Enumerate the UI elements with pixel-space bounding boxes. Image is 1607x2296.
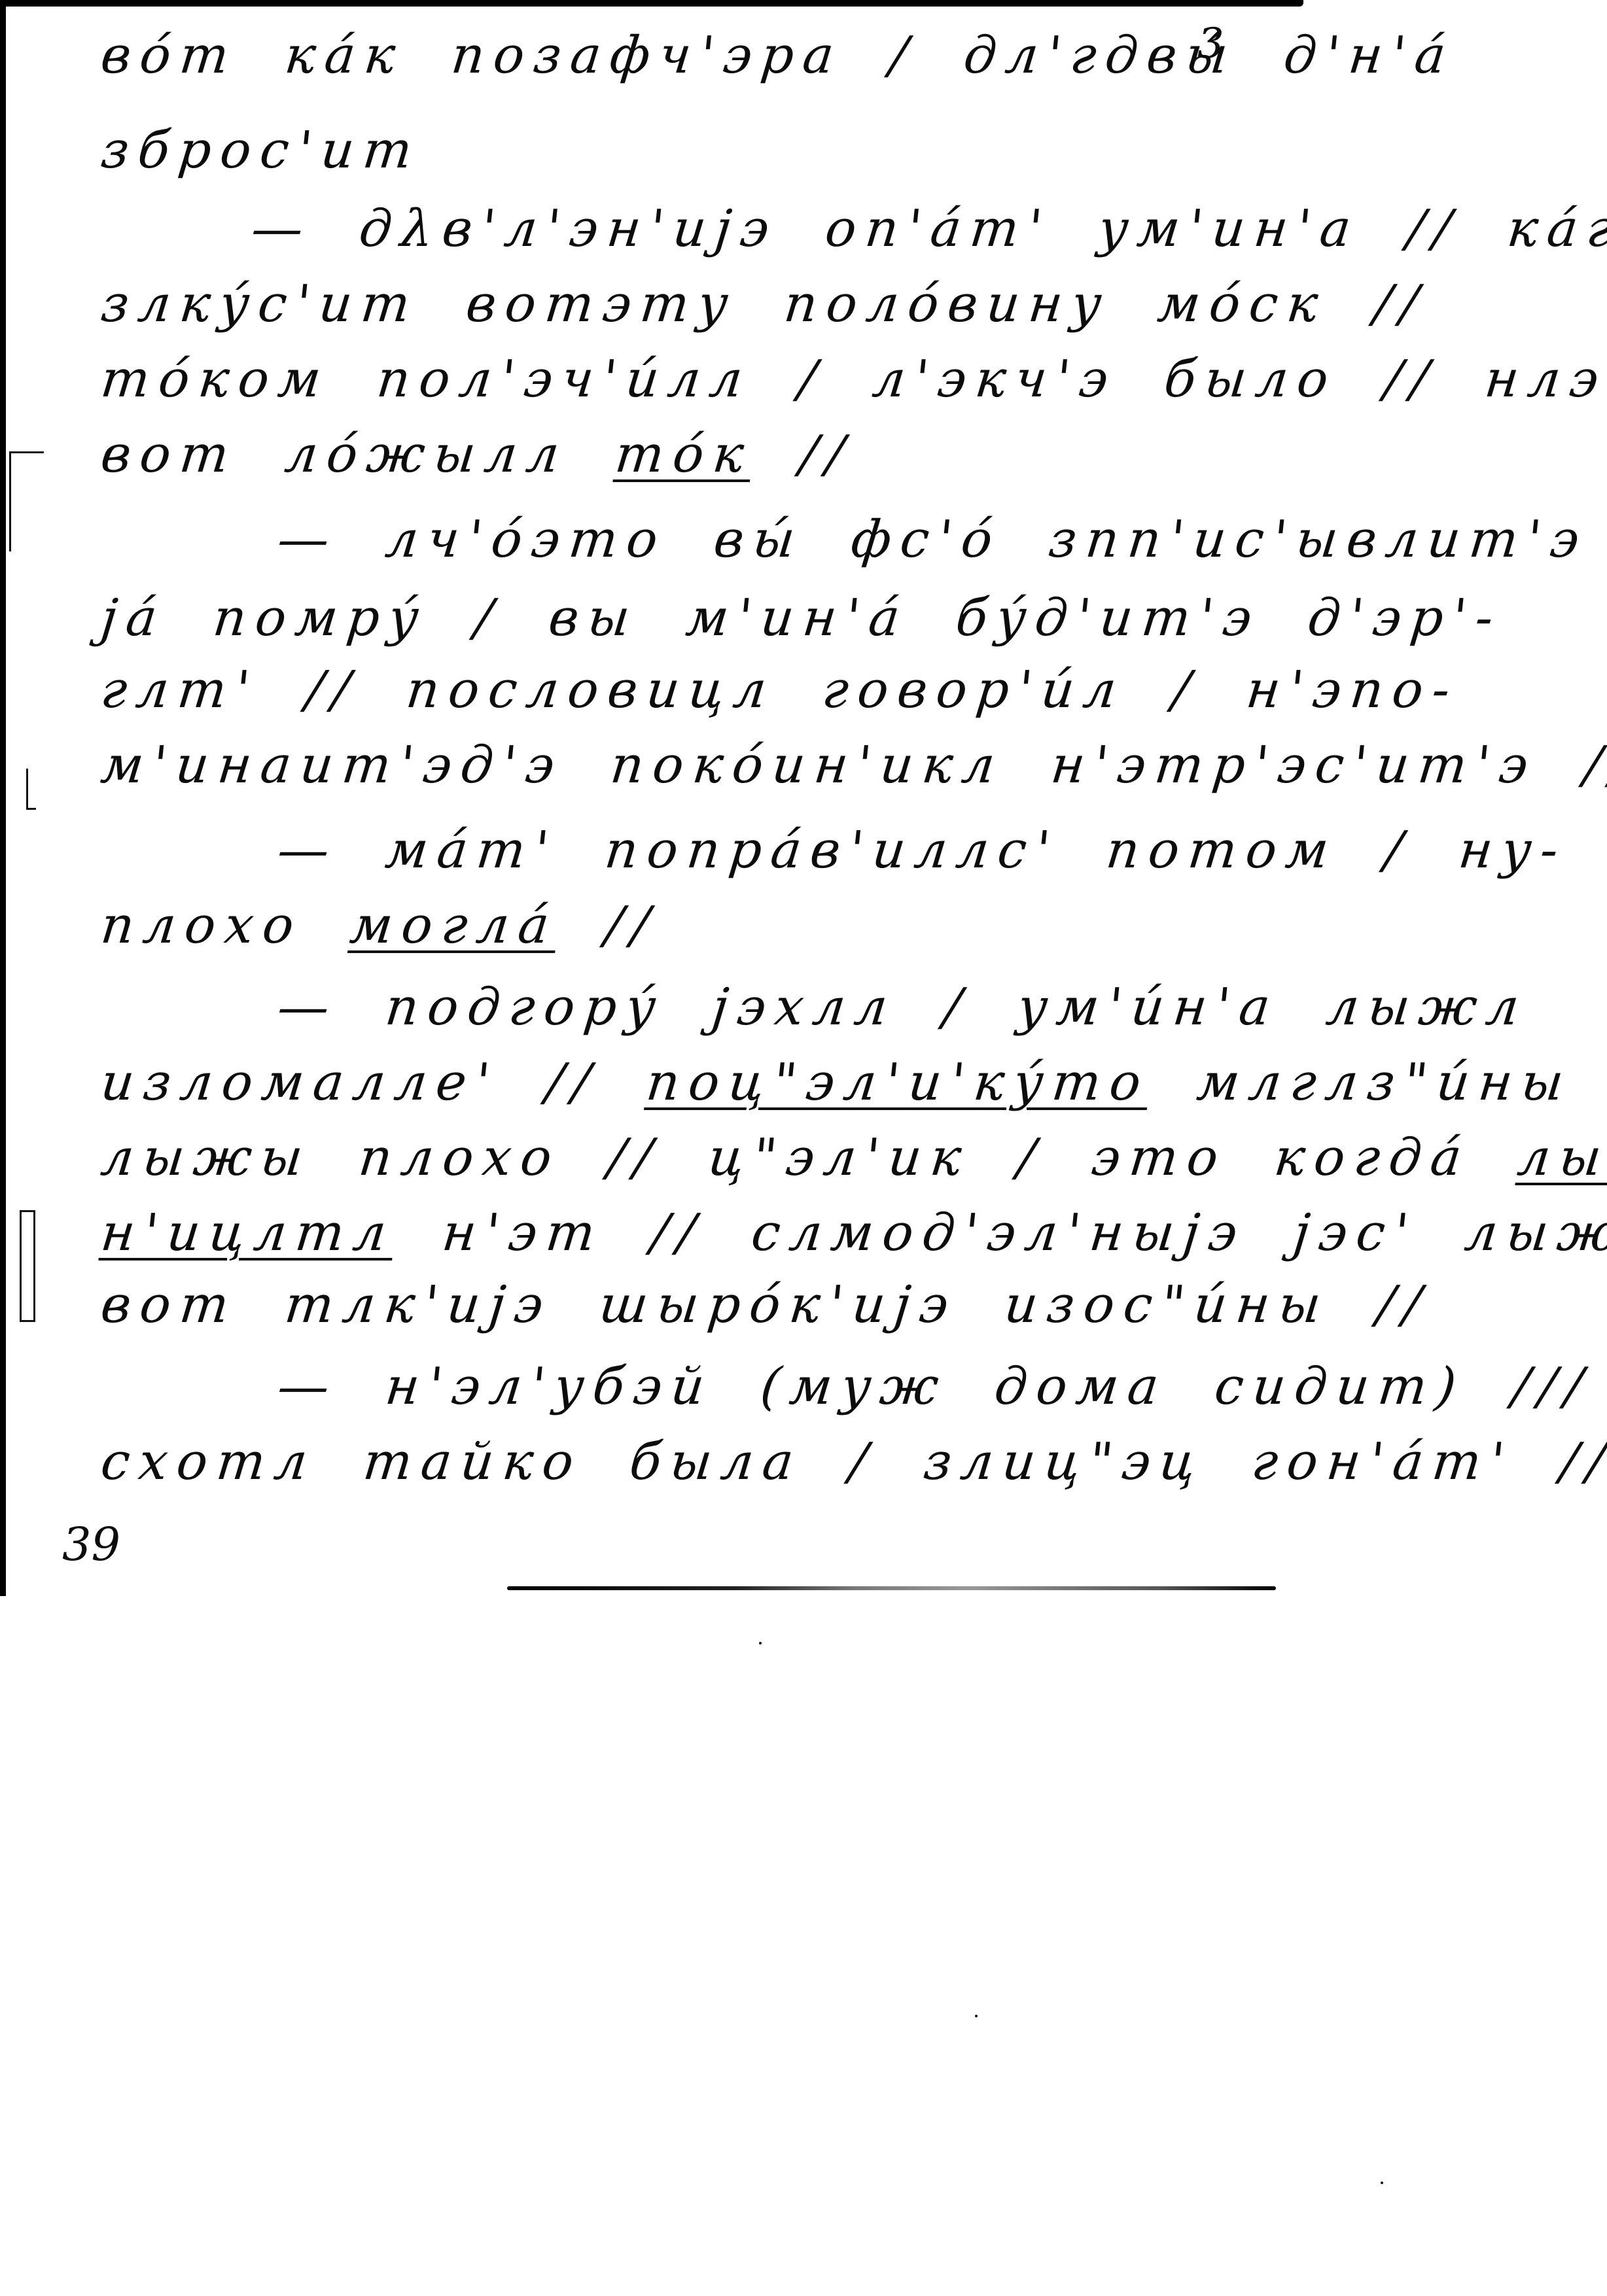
line-2: зброс'ит [98, 121, 424, 180]
line-3: — дλв'л'эн'ијэ оп'а́т' ум'ин'а // ка́г [249, 200, 1607, 258]
line-12-text: плохо [98, 896, 306, 955]
line-13: — подгору́ јэхлл / ум'и́н'а лыжл [275, 978, 1531, 1037]
line-11: — ма́т' попра́в'иллс' потом / ну- [275, 821, 1570, 880]
margin-bracket-mark [20, 1210, 35, 1322]
line-15: лыжы плохо // ц"эл'ик / это когда́ лыж- [98, 1128, 1607, 1187]
line-6-text: вот ло́жылл [98, 425, 571, 484]
footer-number: 39 [62, 1518, 120, 1571]
underlined-word: лыж- [1515, 1128, 1607, 1187]
line-14-text: изломалле' // [98, 1053, 602, 1112]
line-18: — н'эл'убэй (муж дома сидит) /// [275, 1357, 1595, 1416]
line-7: — лч'о́это вы́ фс'о́ зпп'ис'ывлит'э // [275, 510, 1607, 569]
scan-border-left [0, 0, 6, 1596]
line-12-tail: // [555, 896, 662, 955]
margin-bracket-mark [9, 451, 44, 551]
scan-speck [975, 2015, 978, 2017]
line-15-text: лыжы плохо // ц"эл'ик / это когда́ [98, 1128, 1474, 1187]
margin-bracket-mark [26, 769, 36, 810]
underlined-word: могла́ [347, 896, 561, 955]
line-17: вот тлк'ијэ шыро́к'ијэ изос"и́ны // [98, 1276, 1433, 1334]
line-14-tail: млглз"и́ны [1146, 1053, 1575, 1112]
scan-speck [759, 1642, 762, 1644]
line-4: злку́с'ит вотэту поло́вину мо́ск // [98, 275, 1430, 334]
line-12: плохо могла́ // [98, 896, 662, 955]
line-19: схотл тайко была / злиц"эц гон'а́т' // [98, 1433, 1607, 1491]
line-9: глт' // пословицл говор'и́л / н'эпо- [98, 661, 1462, 720]
line-10: м'инаит'эд'э поко́ин'икл н'этр'эс'ит'э /… [98, 736, 1607, 795]
line-8: ја́ помру́ / вы м'ин'а́ бу́д'ит'э д'эр'- [98, 589, 1505, 648]
line-16-tail: н'эт // слмод'эл'ныјэ јэс' лыжи / [392, 1204, 1607, 1262]
line-1: во́т ка́к позафч'эра / дл'гдвы́ д'н'а́ [98, 26, 1458, 85]
underlined-word: н'ицлтл [98, 1204, 398, 1262]
scan-speck [1381, 2182, 1383, 2184]
line-6-tail: // [750, 425, 856, 484]
line-16: н'ицлтл н'эт // слмод'эл'ныјэ јэс' лыжи … [98, 1204, 1607, 1262]
line-14: изломалле' // поц"эл'и'ку́то млглз"и́ны [98, 1053, 1576, 1112]
underlined-word: поц"эл'и'ку́то [644, 1053, 1153, 1112]
line-6: вот ло́жылл то́к // [98, 425, 856, 484]
end-rule-line [507, 1586, 1276, 1590]
line-5: то́ком пол'эч'и́лл / л'экч'э было // нлэ… [98, 350, 1607, 409]
underlined-word: то́к [612, 425, 756, 484]
scan-border-top [0, 0, 1303, 7]
